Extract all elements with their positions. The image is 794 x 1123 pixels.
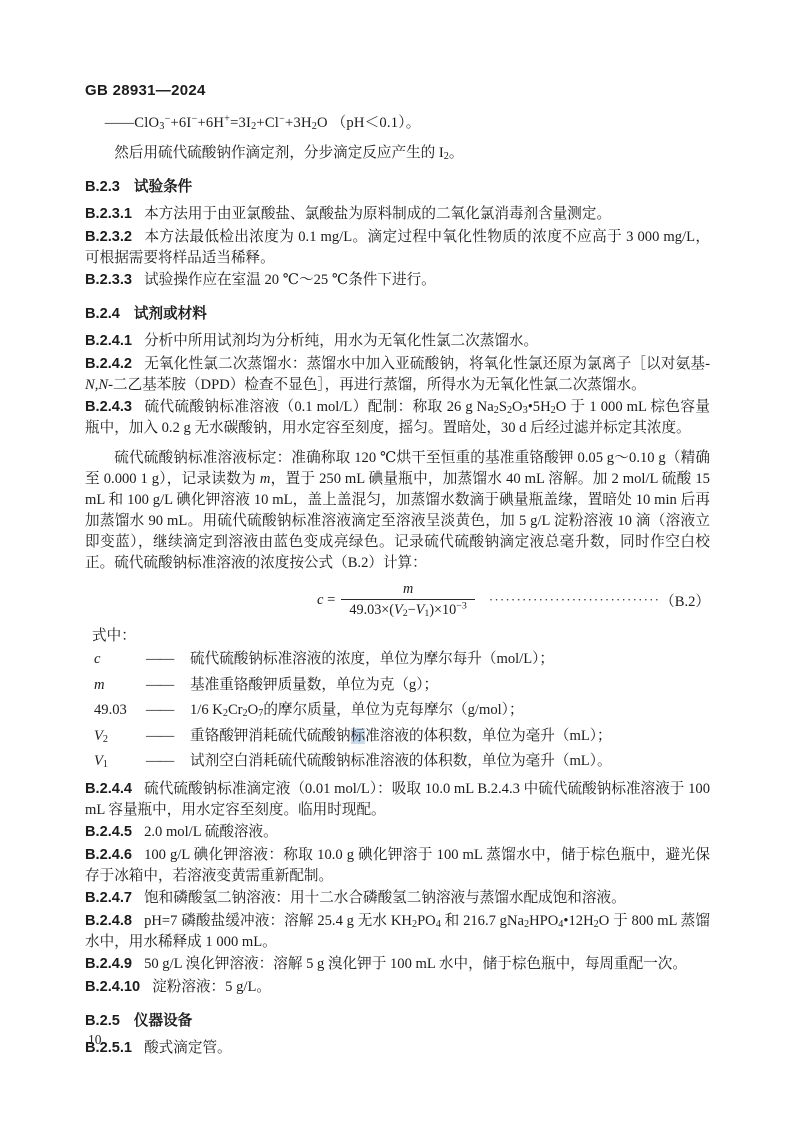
clause-b2410: B.2.4.10淀粉溶液：5 g/L。 <box>85 977 710 998</box>
where-dash: —— <box>146 647 190 673</box>
clause-text: 饱和磷酸氢二钠溶液：用十二水合磷酸氢二钠溶液与蒸馏水配成饱和溶液。 <box>144 890 626 906</box>
where-item-49-03: 49.03 —— 1/6 K2Cr2O7的摩尔质量，单位为克每摩尔（g/mol）… <box>85 698 710 724</box>
where-dash: —— <box>146 724 190 750</box>
where-dash: —— <box>146 673 190 699</box>
section-heading-b23: B.2.3试验条件 <box>85 177 710 198</box>
where-intro: 式中： <box>85 626 710 647</box>
clause-text: 硫代硫酸钠标准溶液（0.1 mol/L）配制：称取 26 g Na2S2O3•5… <box>85 399 710 436</box>
where-definition: 试剂空白消耗硫代硫酸钠标准溶液的体积数，单位为毫升（mL）。 <box>190 749 710 775</box>
where-dash: —— <box>146 749 190 775</box>
formula-lhs: c = <box>317 592 335 609</box>
where-dash: —— <box>146 698 190 724</box>
clause-b243: B.2.4.3硫代硫酸钠标准溶液（0.1 mol/L）配制：称取 26 g Na… <box>85 397 710 439</box>
clause-number: B.2.4.2 <box>85 356 132 372</box>
clause-number: B.2.4.3 <box>85 399 132 415</box>
clause-text: 50 g/L 溴化钾溶液：溶解 5 g 溴化钾于 100 mL 水中，储于棕色瓶… <box>144 956 687 972</box>
formula-leader-dots: ······························· <box>475 592 660 608</box>
clause-number: B.2.4.10 <box>85 979 140 995</box>
section-title: 仪器设备 <box>134 1013 192 1029</box>
standard-number-header: GB 28931—2024 <box>85 82 710 99</box>
clause-number: B.2.3.1 <box>85 206 132 222</box>
section-heading-b25: B.2.5仪器设备 <box>85 1011 710 1032</box>
section-heading-b24: B.2.4试剂或材料 <box>85 304 710 325</box>
clause-text: 硫代硫酸钠标准滴定液（0.01 mol/L）：吸取 10.0 mL B.2.4.… <box>85 781 710 818</box>
clause-b245: B.2.4.52.0 mol/L 硫酸溶液。 <box>85 822 710 843</box>
page-number: 10 <box>88 1032 102 1048</box>
formula-label: （B.2） <box>660 590 710 611</box>
clause-number: B.2.4.4 <box>85 781 132 797</box>
clause-number: B.2.3.3 <box>85 272 132 288</box>
where-definition: 硫代硫酸钠标准溶液的浓度，单位为摩尔每升（mol/L）； <box>190 647 710 673</box>
where-item-m: m —— 基准重铬酸钾质量数，单位为克（g）； <box>85 673 710 699</box>
clause-b232: B.2.3.2本方法最低检出浓度为 0.1 mg/L。滴定过程中氧化性物质的浓度… <box>85 227 710 269</box>
document-page: GB 28931—2024 ——ClO3−+6I−+6H+=3I2+Cl−+3H… <box>0 0 794 1123</box>
clause-text: 试验操作应在室温 20 ℃～25 ℃条件下进行。 <box>144 272 436 288</box>
fraction: m 49.03×(V2−V1)×10−3 <box>341 581 474 619</box>
clause-text: 2.0 mol/L 硫酸溶液。 <box>144 824 278 840</box>
where-term: V1 <box>85 749 146 775</box>
clause-text: 本方法最低检出浓度为 0.1 mg/L。滴定过程中氧化性物质的浓度不应高于 3 … <box>85 229 710 266</box>
clause-b248: B.2.4.8pH=7 磷酸盐缓冲液：溶解 25.4 g 无水 KH2PO4 和… <box>85 911 710 953</box>
clause-b241: B.2.4.1分析中所用试剂均为分析纯，用水为无氧化性氯二次蒸馏水。 <box>85 331 710 352</box>
clause-b233: B.2.3.3试验操作应在室温 20 ℃～25 ℃条件下进行。 <box>85 270 710 291</box>
clause-b247: B.2.4.7饱和磷酸氢二钠溶液：用十二水合磷酸氢二钠溶液与蒸馏水配成饱和溶液。 <box>85 888 710 909</box>
where-term: c <box>85 647 146 673</box>
clause-number: B.2.4.6 <box>85 847 132 863</box>
clause-number: B.2.4.7 <box>85 890 132 906</box>
where-item-c: c —— 硫代硫酸钠标准溶液的浓度，单位为摩尔每升（mol/L）； <box>85 647 710 673</box>
where-item-v1: V1 —— 试剂空白消耗硫代硫酸钠标准溶液的体积数，单位为毫升（mL）。 <box>85 749 710 775</box>
formula-b2: c = m 49.03×(V2−V1)×10−3 ···············… <box>85 581 710 619</box>
where-term: V2 <box>85 724 146 750</box>
clause-b231: B.2.3.1本方法用于由亚氯酸盐、氯酸盐为原料制成的二氧化氯消毒剂含量测定。 <box>85 204 710 225</box>
clause-number: B.2.4.9 <box>85 956 132 972</box>
clause-b242: B.2.4.2无氧化性氯二次蒸馏水：蒸馏水中加入亚硫酸钠，将氧化性氯还原为氯离子… <box>85 354 710 396</box>
clause-text: 本方法用于由亚氯酸盐、氯酸盐为原料制成的二氧化氯消毒剂含量测定。 <box>144 206 611 222</box>
section-number: B.2.5 <box>85 1013 120 1029</box>
clause-text: 酸式滴定管。 <box>144 1040 232 1056</box>
clause-text: pH=7 磷酸盐缓冲液：溶解 25.4 g 无水 KH2PO4 和 216.7 … <box>85 913 710 950</box>
where-definition: 重铬酸钾消耗硫代硫酸钠标准溶液的体积数，单位为毫升（mL）； <box>190 724 710 750</box>
clause-text: 100 g/L 碘化钾溶液：称取 10.0 g 碘化钾溶于 100 mL 蒸馏水… <box>85 847 710 884</box>
clause-text: 分析中所用试剂均为分析纯，用水为无氧化性氯二次蒸馏水。 <box>144 333 538 349</box>
where-item-v2: V2 —— 重铬酸钾消耗硫代硫酸钠标准溶液的体积数，单位为毫升（mL）； <box>85 724 710 750</box>
section-title: 试剂或材料 <box>134 306 207 322</box>
clause-number: B.2.3.2 <box>85 229 132 245</box>
intro-paragraph: 然后用硫代硫酸钠作滴定剂，分步滴定反应产生的 I2。 <box>85 143 710 164</box>
where-definition: 1/6 K2Cr2O7的摩尔质量，单位为克每摩尔（g/mol）； <box>190 698 710 724</box>
clause-number: B.2.4.8 <box>85 913 132 929</box>
clause-number: B.2.4.1 <box>85 333 132 349</box>
section-number: B.2.4 <box>85 306 120 322</box>
chemical-equation-line: ——ClO3−+6I−+6H+=3I2+Cl−+3H2O （pH＜0.1）。 <box>85 113 710 134</box>
clause-b251: B.2.5.1酸式滴定管。 <box>85 1038 710 1059</box>
where-term: 49.03 <box>85 698 146 724</box>
fraction-numerator: m <box>393 581 423 599</box>
clause-b249: B.2.4.950 g/L 溴化钾溶液：溶解 5 g 溴化钾于 100 mL 水… <box>85 954 710 975</box>
section-number: B.2.3 <box>85 179 120 195</box>
clause-b244: B.2.4.4硫代硫酸钠标准滴定液（0.01 mol/L）：吸取 10.0 mL… <box>85 779 710 821</box>
where-definition: 基准重铬酸钾质量数，单位为克（g）； <box>190 673 710 699</box>
where-term: m <box>85 673 146 699</box>
clause-b246: B.2.4.6100 g/L 碘化钾溶液：称取 10.0 g 碘化钾溶于 100… <box>85 845 710 887</box>
clause-text: 淀粉溶液：5 g/L。 <box>152 979 271 995</box>
calibration-paragraph: 硫代硫酸钠标准溶液标定：准确称取 120 ℃烘干至恒重的基准重铬酸钾 0.05 … <box>85 448 710 574</box>
clause-number: B.2.4.5 <box>85 824 132 840</box>
section-title: 试验条件 <box>134 179 192 195</box>
fraction-denominator: 49.03×(V2−V1)×10−3 <box>341 599 474 619</box>
clause-text: 无氧化性氯二次蒸馏水：蒸馏水中加入亚硫酸钠，将氧化性氯还原为氯离子［以对氨基-N… <box>85 356 710 393</box>
formula-expression: c = m 49.03×(V2−V1)×10−3 <box>317 581 475 619</box>
